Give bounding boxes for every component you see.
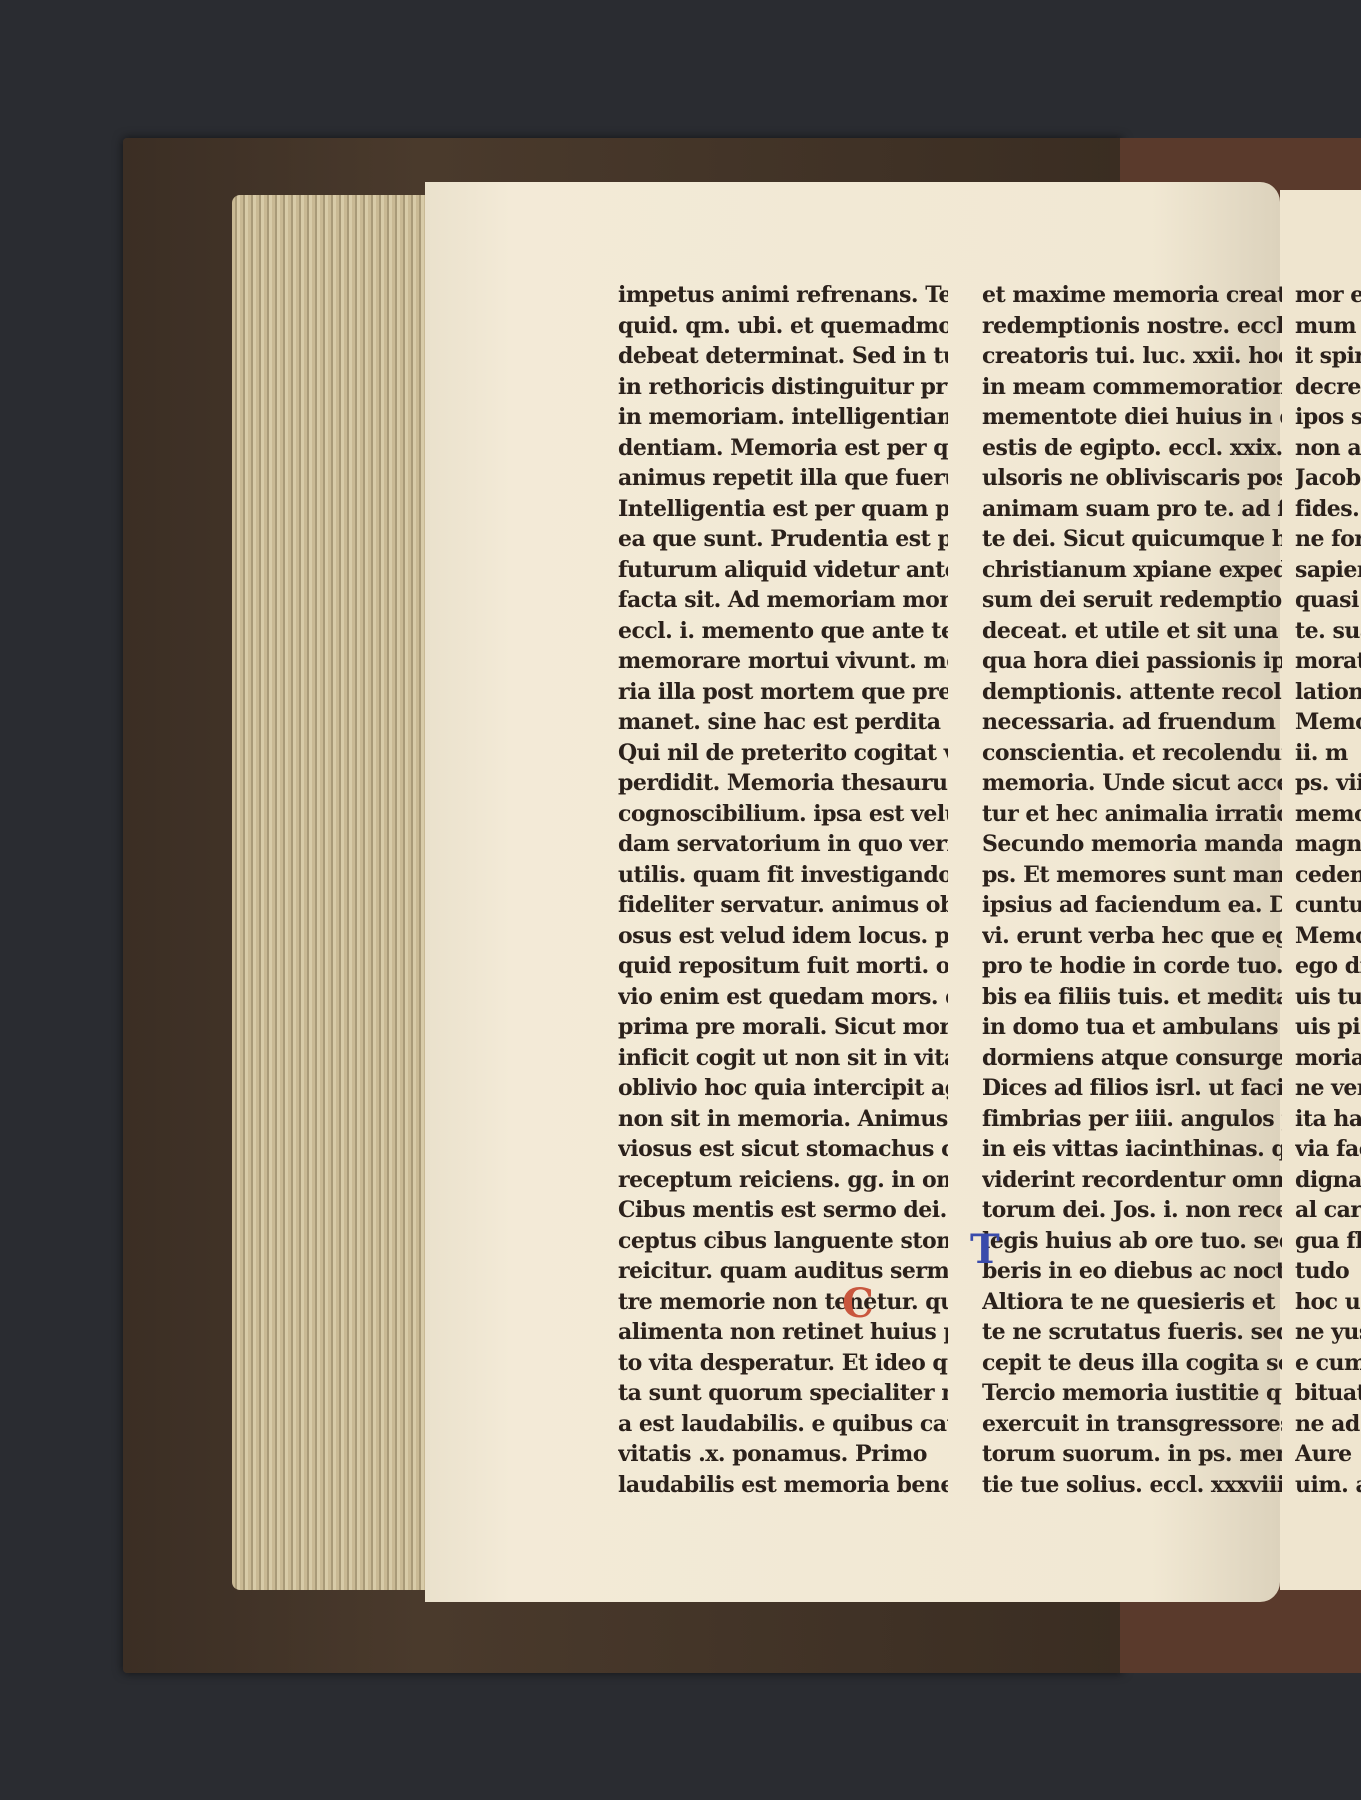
text-line: creatoris tui. luc. xxii. hoc facite bbox=[982, 341, 1282, 372]
text-line: uis pieco bbox=[1295, 1012, 1361, 1043]
text-line: sapientior bbox=[1295, 555, 1361, 586]
text-line: non sit in memoria. Animus obli bbox=[618, 1104, 948, 1135]
text-line: via fact bbox=[1295, 1134, 1361, 1165]
text-line: memoria bbox=[1295, 799, 1361, 830]
text-line: in rethoricis distinguitur prudentia bbox=[618, 372, 948, 403]
text-line: ipos sem bbox=[1295, 402, 1361, 433]
text-line: Cibus mentis est sermo dei. et quasi ac bbox=[618, 1195, 948, 1226]
text-line: cuntur bbox=[1295, 890, 1361, 921]
text-line: ps. Et memores sunt mandato bbox=[982, 860, 1282, 891]
text-line: osus est velud idem locus. per quem bbox=[618, 921, 948, 952]
text-line: ne forteo bbox=[1295, 524, 1361, 555]
text-column-b: et maxime memoria creationis etredemptio… bbox=[982, 280, 1282, 1500]
text-line: et maxime memoria creationis et bbox=[982, 280, 1282, 311]
text-line: deceat. et utile et sit una salutem bbox=[982, 616, 1282, 647]
red-initial: C bbox=[842, 1280, 874, 1327]
text-line: a est laudabilis. e quibus causa bre bbox=[618, 1409, 948, 1440]
text-line: ne vero bbox=[1295, 1073, 1361, 1104]
text-line: mum bbox=[1295, 311, 1361, 342]
text-line: dam servatorium in quo veritas bbox=[618, 829, 948, 860]
text-line: non addas bbox=[1295, 433, 1361, 464]
text-line: eccl. i. memento que ante te fuerunt. bbox=[618, 616, 948, 647]
text-line: Memor bbox=[1295, 921, 1361, 952]
text-line: legis huius ab ore tuo. sed me bbox=[982, 1226, 1282, 1257]
text-line: fideliter servatur. animus oblivi bbox=[618, 890, 948, 921]
text-line: alimenta non retinet huius perfec bbox=[618, 1317, 948, 1348]
text-line: al carnal bbox=[1295, 1195, 1361, 1226]
text-line: dignatur bbox=[1295, 1165, 1361, 1196]
text-line: impetus animi refrenans. Tercia bbox=[618, 280, 948, 311]
text-line: Memor bbox=[1295, 707, 1361, 738]
text-line: animam suam pro te. ad fidem bbox=[982, 494, 1282, 525]
text-line: Secundo memoria mandatorum dei bbox=[982, 829, 1282, 860]
text-line: te dei. Sicut quicumque hec sentit bbox=[982, 524, 1282, 555]
text-line: facta sit. Ad memoriam monemur. bbox=[618, 585, 948, 616]
text-line: receptum reiciens. gg. in omel. bbox=[618, 1165, 948, 1196]
text-line: gua fla bbox=[1295, 1226, 1361, 1257]
text-line: mementote diei huius in qua egressi bbox=[982, 402, 1282, 433]
text-line: te. sua bbox=[1295, 616, 1361, 647]
text-line: fides. ne bbox=[1295, 494, 1361, 525]
text-line: ulsoris ne obliviscaris posuit bbox=[982, 463, 1282, 494]
text-line: inficit cogit ut non sit in vita. ita bbox=[618, 1043, 948, 1074]
text-line: it spiritales bbox=[1295, 341, 1361, 372]
text-line: utilis. quam fit investigando eque bbox=[618, 860, 948, 891]
text-line: perdidit. Memoria thesaurus est bbox=[618, 768, 948, 799]
text-line: ceptus cibus languente stomacho bbox=[618, 1226, 948, 1257]
text-line: manet. sine hac est perdita est. sen. bbox=[618, 707, 948, 738]
text-line: uim. a bbox=[1295, 1470, 1361, 1501]
text-column-c: mor estomumit spiritalesdecretumipos sem… bbox=[1295, 280, 1361, 1500]
text-line: torum dei. Jos. i. non recedat vo bbox=[982, 1195, 1282, 1226]
text-line: necessaria. ad fruendum suauis bbox=[982, 707, 1282, 738]
text-line: moria bbox=[1295, 1043, 1361, 1074]
text-line: ps. vii bbox=[1295, 768, 1361, 799]
text-line: reicitur. quam auditus sermo in ve bbox=[618, 1256, 948, 1287]
text-line: torum suorum. in ps. memorabo bbox=[982, 1439, 1282, 1470]
text-line: Dices ad filios isrl. ut faciant bbox=[982, 1073, 1282, 1104]
text-line: prima pre morali. Sicut mors quia bbox=[618, 1012, 948, 1043]
text-line: viderint recordentur omnium ma bbox=[982, 1165, 1282, 1196]
text-line: ea que sunt. Prudentia est per quam bbox=[618, 524, 948, 555]
text-line: morata bbox=[1295, 646, 1361, 677]
text-line: vitatis .x. ponamus. Primo bbox=[618, 1439, 948, 1470]
text-line: exercuit in transgressores ma bbox=[982, 1409, 1282, 1440]
text-line: quid. qm. ubi. et quemadmodum agi bbox=[618, 311, 948, 342]
text-line: fimbrias per iiii. angulos pone bbox=[982, 1104, 1282, 1135]
text-line: beris in eo diebus ac noctibus. bbox=[982, 1256, 1282, 1287]
text-line: ta sunt quorum specialiter memori bbox=[618, 1378, 948, 1409]
text-line: debeat determinat. Sed in tullium bbox=[618, 341, 948, 372]
text-line: ita habu bbox=[1295, 1104, 1361, 1135]
text-line: in memoriam. intelligentiam. provi bbox=[618, 402, 948, 433]
text-line: tur et hec animalia irrationabili bbox=[982, 799, 1282, 830]
text-line: christianum xpiane expediat christum bbox=[982, 555, 1282, 586]
text-line: qua hora diei passionis ipsius et bbox=[982, 646, 1282, 677]
text-line: hoc u bbox=[1295, 1287, 1361, 1318]
text-line: memorare mortui vivunt. memo bbox=[618, 646, 948, 677]
text-line: uis tuo bbox=[1295, 982, 1361, 1013]
text-line: ipsius ad faciendum ea. Deu bbox=[982, 890, 1282, 921]
text-line: tre memorie non tenetur. quisquis bbox=[618, 1287, 948, 1318]
text-line: tudo bbox=[1295, 1256, 1361, 1287]
text-line: cepit te deus illa cogita sem bbox=[982, 1348, 1282, 1379]
text-line: dentiam. Memoria est per quam bbox=[618, 433, 948, 464]
text-line: estis de egipto. eccl. xxix. gratiam bbox=[982, 433, 1282, 464]
text-line: viosus est sicut stomachus cibum bbox=[618, 1134, 948, 1165]
text-line: te ne scrutatus fueris. sed que bbox=[982, 1317, 1282, 1348]
text-line: vi. erunt verba hec que ego bbox=[982, 921, 1282, 952]
text-line: in domo tua et ambulans in via bbox=[982, 1012, 1282, 1043]
text-line: Tercio memoria iustitie que bbox=[982, 1378, 1282, 1409]
page-edges bbox=[232, 195, 432, 1590]
text-line: ii. m bbox=[1295, 738, 1361, 769]
text-line: Aure bbox=[1295, 1439, 1361, 1470]
text-line: quasi psyll bbox=[1295, 585, 1361, 616]
text-line: tie tue solius. eccl. xxxviii. bbox=[982, 1470, 1282, 1501]
text-line: e cum bbox=[1295, 1348, 1361, 1379]
text-line: bituatur bbox=[1295, 1378, 1361, 1409]
text-line: sum dei seruit redemptionis bbox=[982, 585, 1282, 616]
text-line: decretum bbox=[1295, 372, 1361, 403]
text-line: conscientia. et recolendum fideliter bbox=[982, 738, 1282, 769]
blue-initial: T bbox=[970, 1226, 1000, 1273]
text-line: magna bbox=[1295, 829, 1361, 860]
text-line: dormiens atque consurgens. Item bbox=[982, 1043, 1282, 1074]
text-line: vio enim est quedam mors. quia bbox=[618, 982, 948, 1013]
text-line: to vita desperatur. Et ideo quia mul bbox=[618, 1348, 948, 1379]
text-column-a: impetus animi refrenans. Terciaquid. qm.… bbox=[618, 280, 948, 1500]
text-line: laudabilis est memoria beneficiorum bbox=[618, 1470, 948, 1501]
text-line: Intelligentia est per quam perspicit bbox=[618, 494, 948, 525]
text-line: in eis vittas iacinthinas. quas bbox=[982, 1134, 1282, 1165]
text-line: Altiora te ne quesieris et fo bbox=[982, 1287, 1282, 1318]
text-line: ne yus bbox=[1295, 1317, 1361, 1348]
text-line: cedentium bbox=[1295, 860, 1361, 891]
text-line: Jacob. Si bbox=[1295, 463, 1361, 494]
text-line: ego dixi bbox=[1295, 951, 1361, 982]
text-line: bis ea filiis tuis. et meditaberis bbox=[982, 982, 1282, 1013]
text-line: pro te hodie in corde tuo. et nar bbox=[982, 951, 1282, 982]
text-line: futurum aliquid videtur antequam bbox=[618, 555, 948, 586]
text-line: Qui nil de preterito cogitat vitam bbox=[618, 738, 948, 769]
text-line: animus repetit illa que fuerunt. bbox=[618, 463, 948, 494]
text-line: memoria. Unde sicut acceptum bbox=[982, 768, 1282, 799]
text-line: latione bbox=[1295, 677, 1361, 708]
text-line: quid repositum fuit morti. obli bbox=[618, 951, 948, 982]
text-line: ria illa post mortem que preteriit bbox=[618, 677, 948, 708]
text-line: ne ad po bbox=[1295, 1409, 1361, 1440]
text-line: oblivio hoc quia intercipit agit. ut bbox=[618, 1073, 948, 1104]
text-line: cognoscibilium. ipsa est velud quo bbox=[618, 799, 948, 830]
text-line: mor esto bbox=[1295, 280, 1361, 311]
text-line: demptionis. attente recolligere bbox=[982, 677, 1282, 708]
text-line: in meam commemorationem. exo. xiii. bbox=[982, 372, 1282, 403]
text-line: redemptionis nostre. eccles. xii. mement… bbox=[982, 311, 1282, 342]
